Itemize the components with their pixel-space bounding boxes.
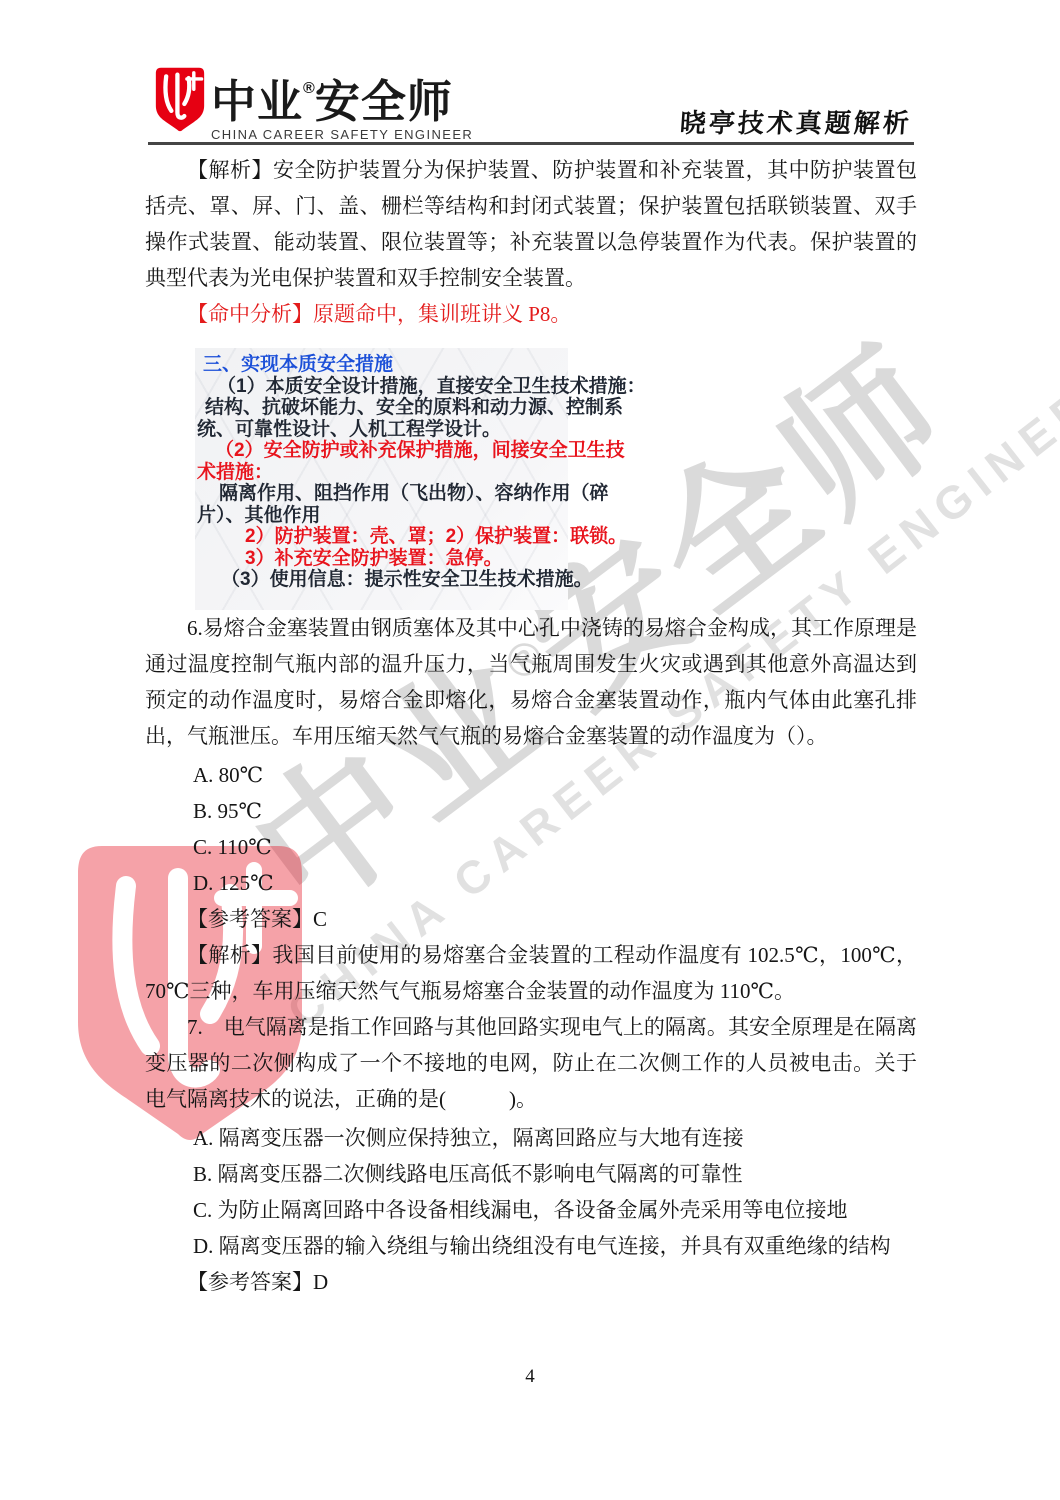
brand-cn-right: 安全师	[315, 76, 453, 127]
option-a: A. 隔离变压器一次侧应保持独立，隔离回路应与大地有连接	[145, 1120, 917, 1156]
slide-line: （2）安全防护或补充保护措施，间接安全卫生技	[195, 440, 562, 462]
option-c: C. 110℃	[145, 829, 917, 865]
brand-name-en: CHINA CAREER SAFETY ENGINEER	[211, 127, 473, 142]
slide-line: 统、可靠性设计、人机工程学设计。	[195, 419, 562, 441]
brand-shield-logo-icon	[154, 66, 206, 135]
slide-title: 三、实现本质安全措施	[195, 354, 562, 376]
option-b: B. 95℃	[145, 793, 917, 829]
brand-text: 中业®安全师 CHINA CAREER SAFETY ENGINEER	[211, 66, 473, 142]
option-d: D. 隔离变压器的输入绕组与输出绕组没有电气连接，并具有双重绝缘的结构	[145, 1228, 917, 1264]
slide-line: 隔离作用、阻挡作用（飞出物）、容纳作用（碎	[195, 483, 562, 505]
option-b: B. 隔离变压器二次侧线路电压高低不影响电气隔离的可靠性	[145, 1156, 917, 1192]
brand-cn-left: 中业	[211, 76, 303, 127]
document-page: 中业®安全师 CHINA CAREER SAFETY ENGINEER	[0, 0, 1060, 1500]
q5-analysis-paragraph: 【解析】安全防护装置分为保护装置、防护装置和补充装置，其中防护装置包括壳、罩、屏…	[145, 152, 917, 296]
slide-line: 术措施：	[195, 462, 562, 484]
registered-mark-icon: ®	[303, 80, 315, 97]
page-header: 中业®安全师 CHINA CAREER SAFETY ENGINEER 晓亭技术…	[148, 64, 914, 145]
slide-line: 片）、其他作用	[195, 505, 562, 527]
lecture-slide-image: 三、实现本质安全措施 （1）本质安全设计措施，直接安全卫生技术措施： 结构、抗破…	[195, 348, 568, 610]
brand-block: 中业®安全师 CHINA CAREER SAFETY ENGINEER	[154, 66, 473, 142]
header-slogan: 晓亭技术真题解析	[679, 103, 914, 140]
question7-answer: 【参考答案】D	[145, 1264, 917, 1300]
slide-line: （3）使用信息：提示性安全卫生技术措施。	[195, 569, 562, 591]
brand-name-cn: 中业®安全师	[211, 66, 473, 125]
question6-answer: 【参考答案】C	[145, 901, 917, 937]
q5-hit-note: 【命中分析】原题命中，集训班讲义 P8。	[145, 296, 917, 332]
document-content: 【解析】安全防护装置分为保护装置、防护装置和补充装置，其中防护装置包括壳、罩、屏…	[145, 152, 917, 1300]
question6-options: A. 80℃ B. 95℃ C. 110℃ D. 125℃	[145, 757, 917, 901]
slide-line: （1）本质安全设计措施，直接安全卫生技术措施：	[195, 376, 562, 398]
page-number: 4	[0, 1366, 1060, 1388]
slide-line: 2）防护装置：壳、罩；2）保护装置：联锁。	[195, 526, 562, 548]
option-d: D. 125℃	[145, 865, 917, 901]
question6-stem: 6.易熔合金塞装置由钢质塞体及其中心孔中浇铸的易熔合金构成，其工作原理是通过温度…	[145, 610, 917, 754]
question7-stem: 7. 电气隔离是指工作回路与其他回路实现电气上的隔离。其安全原理是在隔离变压器的…	[145, 1009, 917, 1117]
question6-analysis: 【解析】我国目前使用的易熔塞合金装置的工程动作温度有 102.5℃，100℃，7…	[145, 937, 917, 1009]
option-c: C. 为防止隔离回路中各设备相线漏电，各设备金属外壳采用等电位接地	[145, 1192, 917, 1228]
option-a: A. 80℃	[145, 757, 917, 793]
slide-line: 结构、抗破坏能力、安全的原料和动力源、控制系	[195, 397, 562, 419]
question7-options: A. 隔离变压器一次侧应保持独立，隔离回路应与大地有连接 B. 隔离变压器二次侧…	[145, 1120, 917, 1264]
slide-line: 3）补充安全防护装置：急停。	[195, 548, 562, 570]
